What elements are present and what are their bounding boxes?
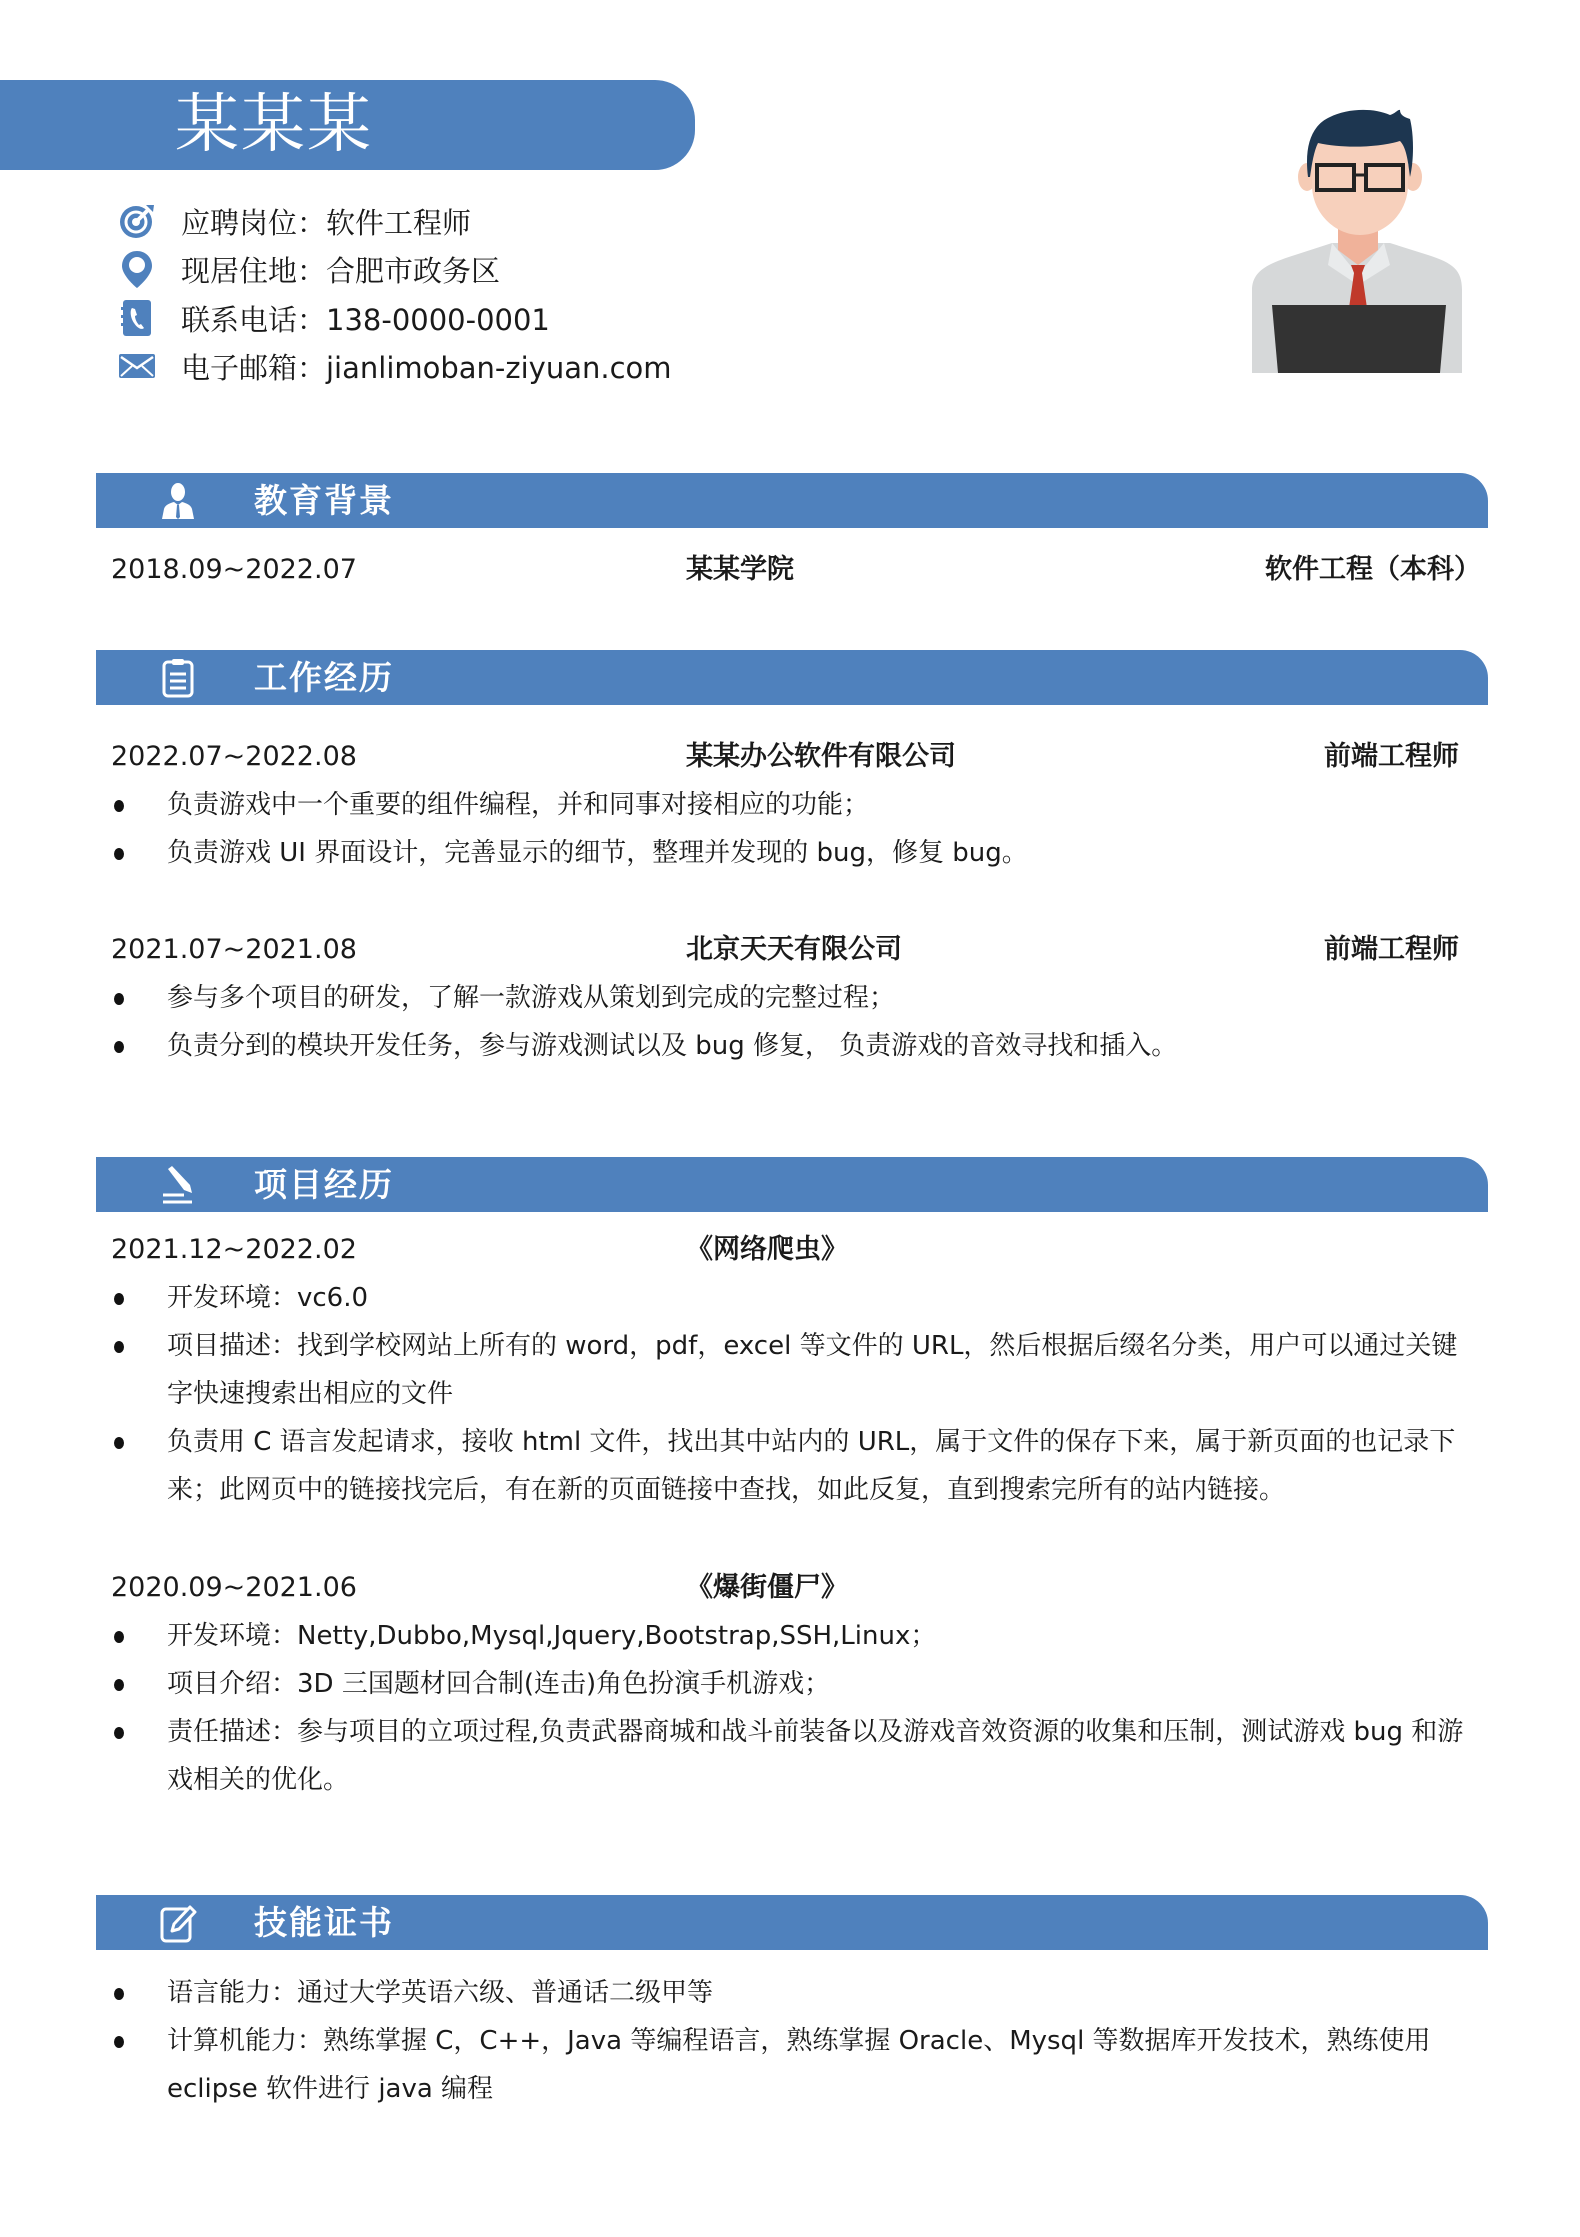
bullet-dot [114,1727,124,1739]
project-date: 2021.12~2022.02 [111,1230,357,1270]
work-date: 2021.07~2021.08 [111,930,357,970]
section-header-projects: 项目经历 [96,1157,1488,1212]
project-date: 2020.09~2021.06 [111,1568,357,1608]
list-item: 负责用 C 语言发起请求，接收 html 文件，找出其中站内的 URL，属于文件… [111,1418,1481,1514]
list-item: 参与多个项目的研发，了解一款游戏从策划到完成的完整过程； [111,974,1481,1022]
education-entry: 2018.09~2022.07 某某学院 软件工程（本科） [111,550,1481,590]
contact-location: 现居住地：合肥市政务区 [117,249,500,289]
avatar [1250,105,1470,380]
list-item: 负责游戏 UI 界面设计，完善显示的细节，整理并发现的 bug，修复 bug。 [111,829,1481,877]
section-title-projects: 项目经历 [254,1157,394,1212]
education-school: 某某学院 [686,550,794,590]
bullet-dot [114,848,124,860]
list-item: 负责分到的模块开发任务，参与游戏测试以及 bug 修复， 负责游戏的音效寻找和插… [111,1022,1481,1070]
bullet-dot [114,1341,124,1353]
list-item: 开发环境：vc6.0 [111,1274,1481,1322]
target-icon [117,201,157,241]
section-header-skills: 技能证书 [96,1895,1488,1950]
name-banner: 某某某 [0,80,695,170]
work-entry-header: 2021.07~2021.08 北京天天有限公司 前端工程师 [111,930,1481,970]
project-name: 《爆街僵尸》 [686,1568,848,1608]
work-date: 2022.07~2022.08 [111,737,357,777]
list-item: 项目介绍：3D 三国题材回合制(连击)角色扮演手机游戏； [111,1660,1481,1708]
bullet-dot [114,1293,124,1305]
person-icon [158,481,198,521]
contact-email-text: 电子邮箱：jianlimoban-ziyuan.com [181,346,672,387]
contact-location-text: 现居住地：合肥市政务区 [181,249,500,290]
list-item: 负责游戏中一个重要的组件编程，并和同事对接相应的功能； [111,781,1481,829]
work-company: 北京天天有限公司 [686,930,902,970]
edit-icon [158,1903,198,1943]
contact-position: 应聘岗位：软件工程师 [117,201,471,241]
bullet-dot [114,1631,124,1643]
work-company: 某某办公软件有限公司 [686,737,956,777]
bullet-dot [114,800,124,812]
location-pin-icon [117,249,157,289]
mail-icon [117,346,157,386]
project-entry-header: 2021.12~2022.02 《网络爬虫》 [111,1230,1481,1270]
list-item: 项目描述：找到学校网站上所有的 word，pdf，excel 等文件的 URL，… [111,1322,1481,1418]
bullet-dot [114,993,124,1005]
contact-position-text: 应聘岗位：软件工程师 [181,201,471,242]
contact-phone-text: 联系电话：138-0000-0001 [181,298,550,339]
section-header-education: 教育背景 [96,473,1488,528]
candidate-name: 某某某 [175,86,373,164]
section-title-education: 教育背景 [254,473,394,528]
list-item: 计算机能力：熟练掌握 C，C++，Java 等编程语言，熟练掌握 Oracle、… [111,2017,1481,2113]
project-entry-header: 2020.09~2021.06 《爆街僵尸》 [111,1568,1481,1608]
pencil-write-icon [158,1165,198,1205]
section-title-work: 工作经历 [254,650,394,705]
list-item: 责任描述：参与项目的立项过程,负责武器商城和战斗前装备以及游戏音效资源的收集和压… [111,1708,1481,1804]
education-major: 软件工程（本科） [1265,550,1481,590]
section-title-skills: 技能证书 [254,1895,394,1950]
work-entry-header: 2022.07~2022.08 某某办公软件有限公司 前端工程师 [111,737,1481,777]
contact-phone: 联系电话：138-0000-0001 [117,298,550,338]
list-item: 语言能力：通过大学英语六级、普通话二级甲等 [111,1969,1481,2017]
bullet-dot [114,2036,124,2048]
clipboard-icon [158,658,198,698]
bullet-dot [114,1041,124,1053]
work-role: 前端工程师 [1324,737,1459,777]
section-header-work: 工作经历 [96,650,1488,705]
work-role: 前端工程师 [1324,930,1459,970]
education-date: 2018.09~2022.07 [111,550,357,590]
phone-icon [117,298,157,338]
list-item: 开发环境：Netty,Dubbo,Mysql,Jquery,Bootstrap,… [111,1612,1481,1660]
contact-email: 电子邮箱：jianlimoban-ziyuan.com [117,346,672,386]
bullet-dot [114,1437,124,1449]
bullet-dot [114,1988,124,2000]
project-name: 《网络爬虫》 [686,1230,848,1270]
bullet-dot [114,1679,124,1691]
